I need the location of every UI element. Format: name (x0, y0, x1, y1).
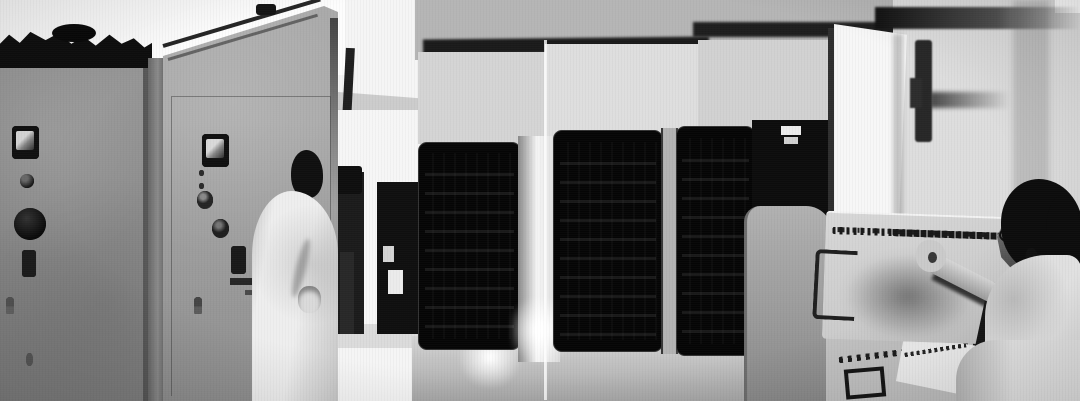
knob-m2 (212, 219, 229, 238)
meter (12, 126, 39, 159)
door-edge-shadow (893, 34, 903, 234)
finger-shadow (928, 252, 937, 263)
dot (199, 183, 204, 189)
machine-top-band (545, 44, 701, 136)
switch-rows (833, 227, 1011, 233)
rack-label-plate (388, 270, 403, 294)
door-latch (784, 137, 798, 144)
mark (26, 353, 33, 366)
btn-r2 (231, 246, 246, 274)
toggle (6, 297, 14, 314)
photograph-computer-room (0, 0, 1080, 401)
machine-top-band (698, 40, 836, 132)
cabinet-edge (330, 18, 338, 208)
machine-panel-door (553, 130, 663, 352)
panorama-seam (544, 40, 547, 400)
cabinet-top-fitting (256, 4, 276, 15)
cabinet-top-wheel (52, 24, 96, 42)
rack-window (383, 246, 394, 262)
cabinet-seam (148, 58, 164, 401)
btn-r (22, 250, 36, 277)
desk-tubular-frame (844, 366, 886, 399)
switch-row (832, 227, 1010, 240)
standing-operator-hand (298, 286, 321, 313)
knob-m (197, 191, 213, 209)
knob-s (20, 174, 34, 188)
knob-l (14, 208, 46, 240)
seated-operator-coat-lower (956, 340, 1080, 401)
dot (199, 170, 204, 176)
machine-panel-door (418, 142, 521, 350)
wall-bracket-shadow (930, 92, 1010, 108)
right-wall-shadow-band (875, 7, 1080, 29)
background-rack-stand (340, 252, 354, 334)
meter (202, 134, 229, 167)
panel-tubular-frame (812, 249, 858, 321)
wall-bracket (910, 78, 922, 108)
door-latch (781, 126, 801, 135)
toggle (194, 297, 202, 314)
machine-top-band (418, 52, 549, 144)
